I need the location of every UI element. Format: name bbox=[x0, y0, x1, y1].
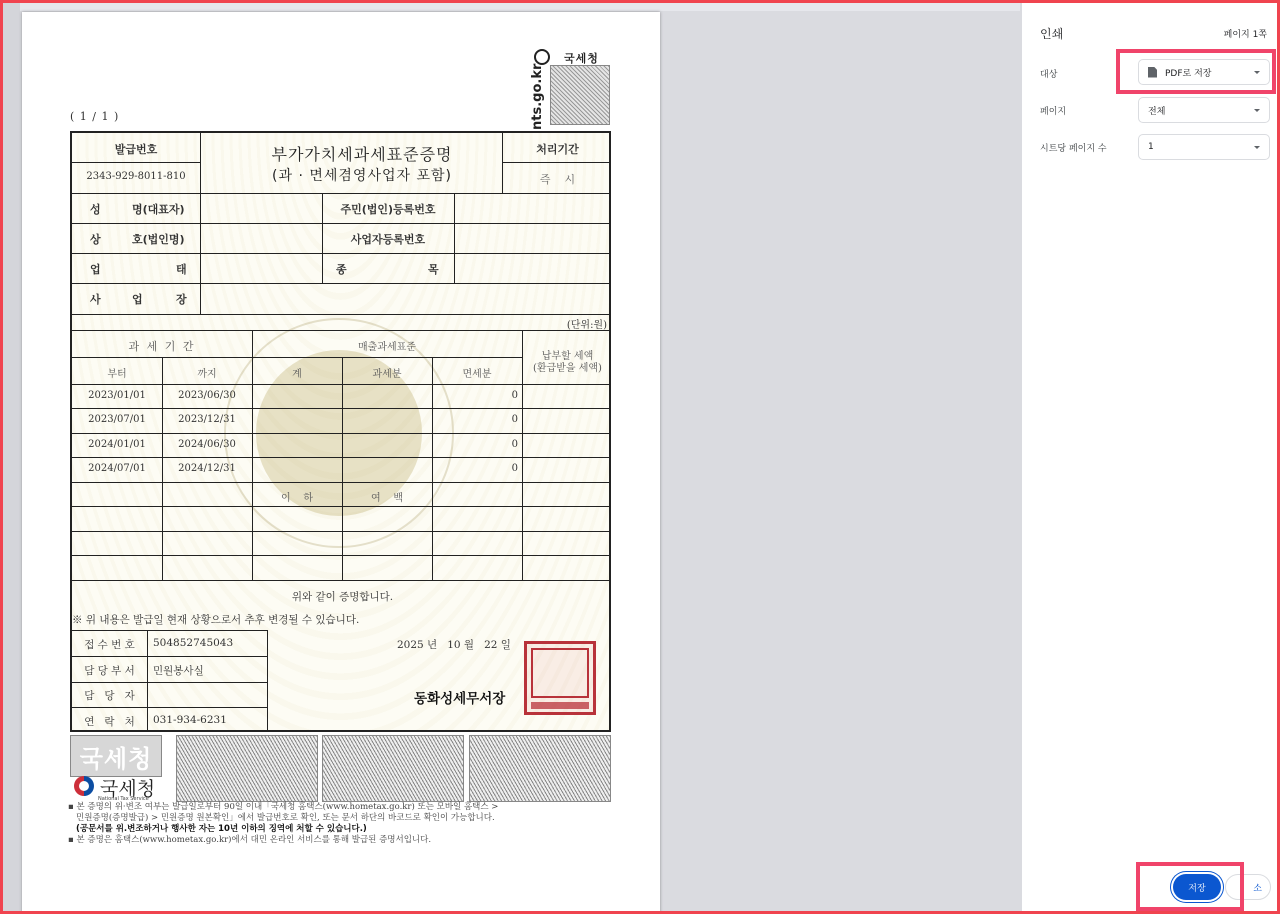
destination-value: PDF로 저장 bbox=[1165, 66, 1211, 79]
cell-from: 2024/01/01 bbox=[72, 439, 162, 450]
cell-to: 2023/06/30 bbox=[162, 390, 252, 401]
nts-url: nts.go.kr bbox=[530, 70, 550, 130]
pages-per-sheet-label: 시트당 페이지 수 bbox=[1040, 141, 1107, 154]
total-header: 계 bbox=[252, 365, 342, 380]
sales-tax-base-header: 매출과세표준 bbox=[252, 338, 522, 353]
pages-select[interactable]: 전체 bbox=[1138, 97, 1270, 123]
receipt-number-label: 접 수 번 호 bbox=[72, 637, 147, 652]
preview-top-strip bbox=[3, 3, 1020, 11]
save-button[interactable]: 저장 bbox=[1173, 874, 1221, 900]
address-label-b: 업 bbox=[132, 291, 143, 307]
address-label-c: 장 bbox=[176, 291, 187, 307]
name-label-a: 성 bbox=[90, 201, 101, 217]
exempt-header: 면세분 bbox=[432, 365, 522, 380]
business-type-label-b: 태 bbox=[176, 261, 187, 277]
verification-barcode-2 bbox=[322, 735, 464, 802]
print-settings-panel: 인쇄 페이지 1쪽 대상 PDF로 저장 페이지 전체 시트당 페이지 수 1 … bbox=[1022, 3, 1277, 911]
item-label-b: 목 bbox=[428, 261, 439, 277]
trade-name-label-b: 호(법인명) bbox=[132, 231, 185, 247]
cell-to: 2023/12/31 bbox=[162, 414, 252, 425]
blank-marker-b: 여 백 bbox=[342, 489, 432, 504]
note-line-3: (공문서를 위.변조하거나 행사한 자는 10년 이하의 징역에 처할 수 있습… bbox=[68, 824, 628, 835]
cell-exempt: 0 bbox=[432, 439, 518, 450]
cell-exempt: 0 bbox=[432, 463, 518, 474]
cell-from: 2023/01/01 bbox=[72, 390, 162, 401]
chevron-down-icon bbox=[1254, 71, 1260, 74]
page-indicator: ( 1 / 1 ) bbox=[70, 110, 119, 123]
pages-value: 전체 bbox=[1148, 104, 1165, 117]
issue-number-label: 발급번호 bbox=[72, 141, 200, 157]
verification-barcode-1 bbox=[176, 735, 318, 802]
notice-text: ※ 위 내용은 발급일 현재 상황으로서 추후 변경될 수 있습니다. bbox=[72, 612, 359, 627]
issue-number-value: 2343-929-8011-810 bbox=[72, 171, 200, 182]
cell-from: 2024/07/01 bbox=[72, 463, 162, 474]
vat-certificate-document: 국세청 nts.go.kr ( 1 / 1 ) 발급번호 2343-929-80… bbox=[22, 12, 660, 914]
processing-period-label: 처리기간 bbox=[502, 141, 611, 157]
destination-select[interactable]: PDF로 저장 bbox=[1138, 59, 1270, 85]
resident-number-label: 주민(법인)등록번호 bbox=[322, 201, 454, 217]
print-preview-area: 국세청 nts.go.kr ( 1 / 1 ) 발급번호 2343-929-80… bbox=[3, 3, 1020, 911]
preview-page: 국세청 nts.go.kr ( 1 / 1 ) 발급번호 2343-929-80… bbox=[22, 12, 660, 914]
verification-barcode-3 bbox=[469, 735, 611, 802]
pages-per-sheet-select[interactable]: 1 bbox=[1138, 134, 1270, 160]
item-label-a: 종 bbox=[336, 261, 347, 277]
page-count: 페이지 1쪽 bbox=[1224, 27, 1267, 40]
cell-exempt: 0 bbox=[432, 414, 518, 425]
taeguk-emblem-icon bbox=[74, 776, 94, 796]
department-value: 민원봉사실 bbox=[153, 663, 204, 678]
to-header: 까지 bbox=[162, 365, 252, 380]
contact-label: 연 락 처 bbox=[72, 714, 147, 729]
file-icon bbox=[1148, 67, 1157, 78]
cancel-button[interactable]: 소 bbox=[1225, 874, 1271, 900]
note-line-4: ▪ 본 증명은 홈택스(www.hometax.go.kr)에서 대민 온라인 … bbox=[68, 835, 628, 846]
business-type-label-a: 업 bbox=[90, 261, 101, 277]
destination-label: 대상 bbox=[1040, 67, 1057, 80]
issuer-name: 동화성세무서장 bbox=[414, 687, 505, 707]
from-header: 부터 bbox=[72, 365, 162, 380]
receipt-number-value: 504852745043 bbox=[153, 637, 233, 649]
chevron-down-icon bbox=[1254, 109, 1260, 112]
cell-to: 2024/06/30 bbox=[162, 439, 252, 450]
issue-date: 2025 년 10 월 22 일 bbox=[397, 637, 511, 652]
preview-left-strip bbox=[3, 3, 20, 911]
pages-label: 페이지 bbox=[1040, 104, 1066, 117]
note-line-1: ▪ 본 증명의 위·변조 여부는 발급일로부터 90일 이내「국세청 홈택스(w… bbox=[68, 802, 628, 813]
certify-text: 위와 같이 증명합니다. bbox=[72, 589, 611, 604]
business-reg-number-label: 사업자등록번호 bbox=[322, 231, 454, 247]
blank-marker-a: 이 하 bbox=[252, 489, 342, 504]
official-seal-stamp bbox=[524, 641, 596, 715]
address-label-a: 사 bbox=[90, 291, 101, 307]
contact-value: 031-934-6231 bbox=[153, 714, 227, 726]
footer-notes: ▪ 본 증명의 위·변조 여부는 발급일로부터 90일 이내「국세청 홈택스(w… bbox=[68, 802, 628, 846]
note-line-2: 민원증명(증명발급) > 민원증명 원본확인」에서 발급번호로 확인, 또는 문… bbox=[68, 813, 628, 824]
taxable-header: 과세분 bbox=[342, 365, 432, 380]
document-subtitle: (과 · 면세겸영사업자 포함) bbox=[222, 165, 502, 185]
verification-barcode-top bbox=[550, 65, 610, 125]
cell-to: 2024/12/31 bbox=[162, 463, 252, 474]
name-label-b: 명(대표자) bbox=[132, 201, 185, 217]
nts-mascot-icon bbox=[534, 49, 550, 65]
tax-payable-header-line2: (환급받을 세액) bbox=[522, 359, 611, 374]
certificate-form: 발급번호 2343-929-8011-810 부가가치세과세표준증명 (과 · … bbox=[70, 131, 611, 732]
trade-name-label-a: 상 bbox=[90, 231, 101, 247]
processing-period-value: 즉 시 bbox=[502, 171, 611, 187]
department-label: 담 당 부 서 bbox=[72, 663, 147, 678]
cell-from: 2023/07/01 bbox=[72, 414, 162, 425]
nts-brand-text: 국세청 bbox=[564, 50, 599, 66]
unit-label: (단위:원) bbox=[567, 316, 607, 331]
document-title: 부가가치세과세표준증명 bbox=[222, 142, 502, 165]
nts-logo-box: 국세청 bbox=[70, 735, 162, 777]
cell-exempt: 0 bbox=[432, 390, 518, 401]
print-title: 인쇄 bbox=[1040, 25, 1063, 42]
chevron-down-icon bbox=[1254, 146, 1260, 149]
tax-period-header: 과 세 기 간 bbox=[72, 338, 252, 354]
staff-label: 담 당 자 bbox=[72, 688, 147, 703]
pages-per-sheet-value: 1 bbox=[1148, 142, 1154, 152]
